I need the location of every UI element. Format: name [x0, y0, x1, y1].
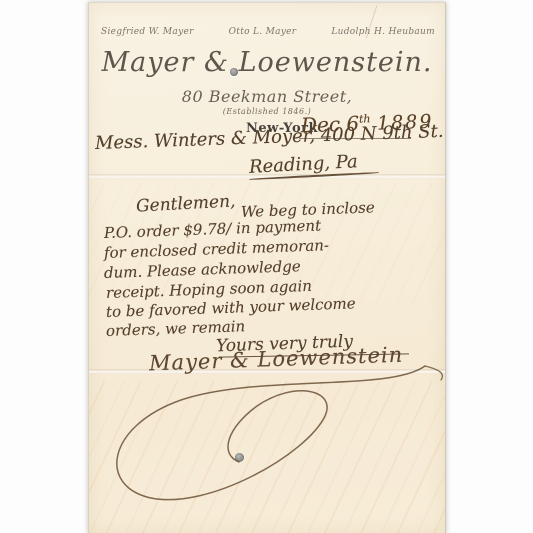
salutation: Gentlemen, [136, 191, 236, 216]
ink-showthrough-lower [89, 381, 445, 533]
partner-names-row: Siegfried W. Mayer Otto L. Mayer Ludolph… [89, 27, 445, 37]
street-address: 80 Beekman Street, [89, 87, 445, 106]
signature-flourish [89, 358, 445, 530]
partner-name-left: Siegfried W. Mayer [101, 27, 194, 37]
company-name: Mayer & Loewenstein. [89, 47, 445, 78]
punch-hole-bottom [235, 453, 244, 462]
photo-background: Siegfried W. Mayer Otto L. Mayer Ludolph… [0, 0, 533, 533]
partner-name-right: Ludolph H. Heubaum [331, 27, 435, 37]
partner-name-center: Otto L. Mayer [229, 27, 297, 37]
letter-paper: Siegfried W. Mayer Otto L. Mayer Ludolph… [88, 2, 446, 533]
